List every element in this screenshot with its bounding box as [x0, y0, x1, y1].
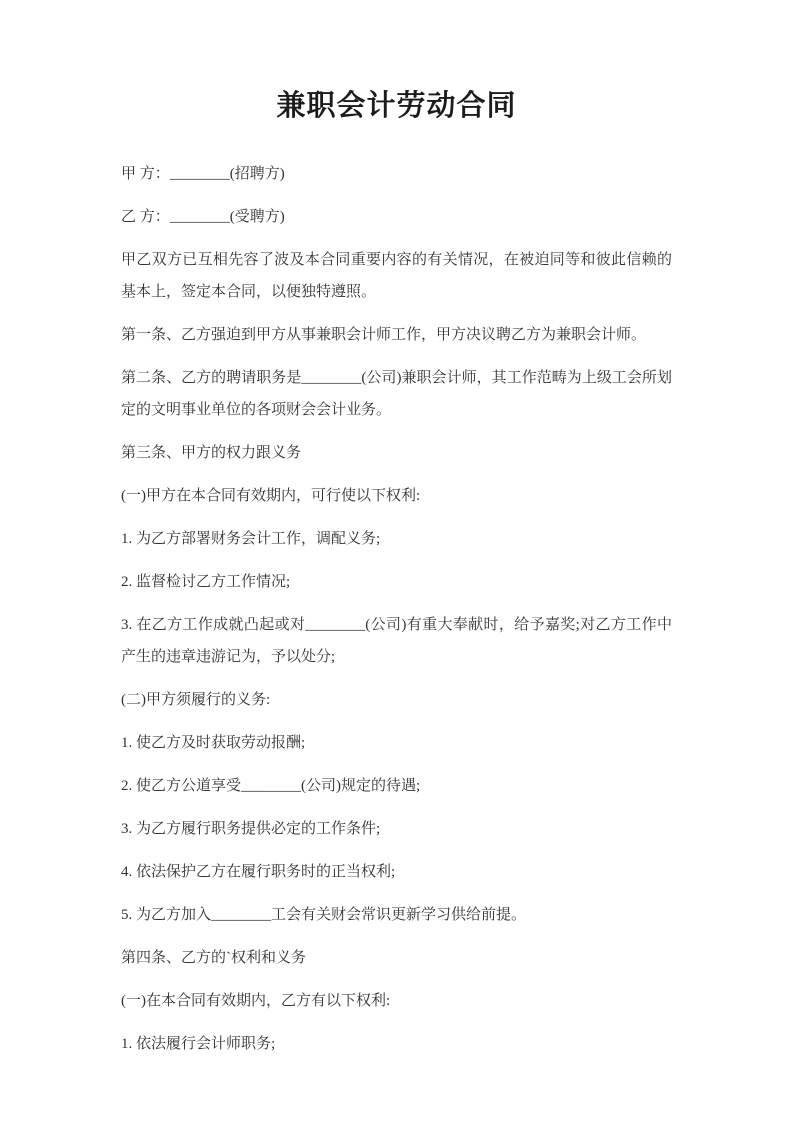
article-3-section-1-item-1: 1. 为乙方部署财务会计工作，调配义务;: [121, 523, 672, 555]
article-3-heading: 第三条、甲方的权力跟义务: [121, 437, 672, 469]
article-3-section-2-heading: (二)甲方须履行的义务:: [121, 684, 672, 716]
document-content: 兼职会计劳动合同 甲 方：________(招聘方) 乙 方：________(…: [0, 0, 793, 1060]
party-a-line: 甲 方：________(招聘方): [121, 158, 672, 190]
article-3-section-2-item-5: 5. 为乙方加入________工会有关财会常识更新学习供给前提。: [121, 899, 672, 931]
article-4-heading: 第四条、乙方的`权利和义务: [121, 942, 672, 974]
document-page: 兼职会计劳动合同 甲 方：________(招聘方) 乙 方：________(…: [0, 0, 793, 1122]
article-1-paragraph: 第一条、乙方强迫到甲方从事兼职会计师工作，甲方决议聘乙方为兼职会计师。: [121, 319, 672, 351]
document-title: 兼职会计劳动合同: [121, 84, 672, 128]
article-3-section-2-item-2: 2. 使乙方公道享受________(公司)规定的待遇;: [121, 770, 672, 802]
article-4-section-1-item-1: 1. 依法履行会计师职务;: [121, 1028, 672, 1060]
party-b-line: 乙 方：________(受聘方): [121, 201, 672, 233]
preamble-paragraph: 甲乙双方已互相先容了波及本合同重要内容的有关情况，在被迫同等和彼此信赖的基本上，…: [121, 244, 672, 308]
article-3-section-1-item-2: 2. 监督检讨乙方工作情况;: [121, 566, 672, 598]
article-4-section-1-heading: (一)在本合同有效期内，乙方有以下权利:: [121, 985, 672, 1017]
article-3-section-1-item-3: 3. 在乙方工作成就凸起或对________(公司)有重大奉献时，给予嘉奖;对乙…: [121, 609, 672, 673]
article-3-section-2-item-1: 1. 使乙方及时获取劳动报酬;: [121, 727, 672, 759]
article-3-section-1-heading: (一)甲方在本合同有效期内，可行使以下权利:: [121, 480, 672, 512]
article-3-section-2-item-4: 4. 依法保护乙方在履行职务时的正当权利;: [121, 856, 672, 888]
article-2-paragraph: 第二条、乙方的聘请职务是________(公司)兼职会计师，其工作范畴为上级工会…: [121, 362, 672, 426]
article-3-section-2-item-3: 3. 为乙方履行职务提供必定的工作条件;: [121, 813, 672, 845]
